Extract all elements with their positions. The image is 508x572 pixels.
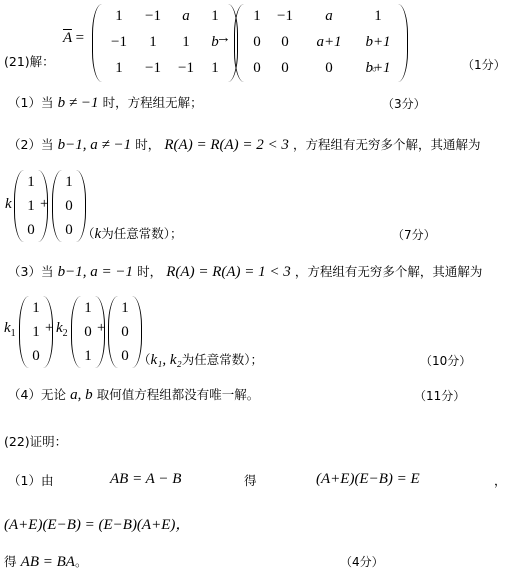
cell: 0 bbox=[29, 344, 43, 368]
cell: a bbox=[300, 4, 358, 30]
conclusion-period: 。 bbox=[75, 554, 88, 569]
case-2-condition: b−1, a ≠ −1 bbox=[58, 137, 131, 153]
step-1-comma: ， bbox=[494, 471, 507, 489]
coef-k1: k1 bbox=[4, 320, 16, 339]
cell: 1 bbox=[62, 170, 76, 194]
left-paren bbox=[108, 296, 118, 368]
commute-equation: (A+E)(E−B) = (E−B)(A+E)， bbox=[4, 513, 190, 534]
case-4-suffix: 取何值方程组都没有唯一解。 bbox=[97, 387, 260, 402]
cell: 0 bbox=[270, 30, 300, 56]
step-1-result: (A+E)(E−B) = E bbox=[316, 471, 420, 488]
plus: + bbox=[45, 320, 53, 337]
left-paren bbox=[92, 4, 102, 82]
conclusion-prefix: 得 bbox=[4, 554, 17, 569]
period: 。 bbox=[372, 56, 385, 74]
case-2-note: （k为任意常数）； bbox=[82, 224, 182, 243]
cell: 0 bbox=[300, 56, 358, 82]
cell: a+1 bbox=[300, 30, 358, 56]
note-text: 为任意常数）； bbox=[182, 352, 263, 367]
question-22-label: (22)证明： bbox=[4, 432, 67, 450]
cell: 1 bbox=[118, 296, 132, 320]
coef-k: k bbox=[5, 196, 12, 213]
note-vars: k₁, k₂ bbox=[151, 352, 182, 368]
sub: 1 bbox=[11, 328, 16, 339]
cell: 1 bbox=[170, 30, 202, 56]
cell: −1 bbox=[136, 4, 170, 30]
coef-k2: k2 bbox=[56, 320, 68, 339]
cell: −1 bbox=[136, 56, 170, 82]
case-3-mid: 时， bbox=[137, 264, 162, 279]
cell: 0 bbox=[270, 56, 300, 82]
cell: 1 bbox=[358, 4, 398, 30]
case-3-condition: b−1, a = −1 bbox=[58, 264, 133, 280]
left-paren bbox=[71, 296, 81, 368]
case-1-math: b ≠ −1 bbox=[58, 95, 99, 111]
vector-body: 1 0 1 bbox=[81, 296, 95, 368]
cell: 1 bbox=[24, 170, 38, 194]
cell: 1 bbox=[202, 4, 228, 30]
vector-body: 1 0 0 bbox=[62, 170, 76, 242]
step-1-given: AB = A − B bbox=[110, 471, 181, 488]
cell: 1 bbox=[81, 296, 95, 320]
plus: + bbox=[97, 320, 105, 337]
cell: 1 bbox=[136, 30, 170, 56]
case-4-math: a, b bbox=[70, 387, 93, 403]
case-2-mid: 时， bbox=[135, 137, 160, 152]
cell: 0 bbox=[81, 320, 95, 344]
cell: 0 bbox=[118, 320, 132, 344]
cell: 1 bbox=[29, 296, 43, 320]
augmented-matrix-symbol: A = bbox=[63, 30, 84, 47]
cell: 0 bbox=[118, 344, 132, 368]
case-2-line: （2）当 b−1, a ≠ −1 时， R(A) = R(A) = 2 < 3 … bbox=[8, 135, 481, 154]
case-1-prefix: （1）当 bbox=[8, 95, 53, 110]
cell: −1 bbox=[270, 4, 300, 30]
cell: a bbox=[170, 4, 202, 30]
note-text: 为任意常数）； bbox=[101, 226, 182, 241]
vector-3: 1 0 0 bbox=[108, 296, 142, 368]
case-4-prefix: （4）无论 bbox=[8, 387, 66, 402]
left-paren bbox=[19, 296, 29, 368]
case-3-line: （3）当 b−1, a = −1 时， R(A) = R(A) = 1 < 3 … bbox=[8, 262, 482, 281]
case-3-prefix: （3）当 bbox=[8, 264, 53, 279]
score-11: （11分） bbox=[414, 387, 465, 404]
cell: 1 bbox=[29, 320, 43, 344]
cell: −1 bbox=[170, 56, 202, 82]
score-1: （1分） bbox=[462, 56, 506, 73]
sub: 2 bbox=[63, 328, 68, 339]
score-10: （10分） bbox=[420, 352, 471, 369]
row-reduce-arrow: → bbox=[216, 30, 231, 47]
cell: 0 bbox=[24, 218, 38, 242]
case-3-rank: R(A) = R(A) = 1 < 3 bbox=[166, 264, 291, 280]
score-4: （4分） bbox=[340, 553, 384, 570]
right-paren bbox=[398, 4, 408, 82]
cell: 0 bbox=[62, 218, 76, 242]
left-paren bbox=[234, 4, 244, 82]
k: k bbox=[4, 320, 11, 336]
note-open: （ bbox=[82, 226, 95, 241]
cell: 1 bbox=[24, 194, 38, 218]
cell: 1 bbox=[81, 344, 95, 368]
case-2-rank: R(A) = R(A) = 2 < 3 bbox=[164, 137, 289, 153]
step-1-prefix: （1）由 bbox=[8, 471, 53, 489]
case-3-suffix: ，方程组有无穷多个解，其通解为 bbox=[295, 264, 483, 279]
k: k bbox=[56, 320, 63, 336]
note-open: （ bbox=[138, 352, 151, 367]
conclusion-line: 得 AB = BA。 bbox=[4, 552, 87, 571]
cell: 0 bbox=[62, 194, 76, 218]
question-21-label: (21)解： bbox=[4, 52, 55, 70]
cell: 0 bbox=[244, 56, 270, 82]
case-2-suffix: ，方程组有无穷多个解，其通解为 bbox=[293, 137, 481, 152]
vector-body: 1 0 0 bbox=[118, 296, 132, 368]
cell: 1 bbox=[202, 56, 228, 82]
plus: + bbox=[40, 196, 48, 213]
cell: 1 bbox=[102, 4, 136, 30]
vector-2: 1 0 0 bbox=[52, 170, 86, 242]
score-7: （7分） bbox=[392, 226, 436, 243]
conclusion-math: AB = BA bbox=[21, 554, 75, 570]
cell: b+1 bbox=[358, 30, 398, 56]
matrix-1-body: 1 −1 a 1 −1 1 1 b 1 −1 −1 1 bbox=[102, 4, 228, 82]
left-paren bbox=[14, 170, 24, 242]
step-1-mid: 得 bbox=[244, 471, 257, 489]
case-2-prefix: （2）当 bbox=[8, 137, 53, 152]
case-1-suffix: 时，方程组无解； bbox=[103, 95, 203, 110]
cell: 0 bbox=[244, 30, 270, 56]
vector-body: 1 1 0 bbox=[29, 296, 43, 368]
case-4-line: （4）无论 a, b 取何值方程组都没有唯一解。 bbox=[8, 385, 259, 404]
left-paren bbox=[52, 170, 62, 242]
cell: 1 bbox=[102, 56, 136, 82]
case-1-line: （1）当 b ≠ −1 时，方程组无解； bbox=[8, 93, 203, 112]
cell: 1 bbox=[244, 4, 270, 30]
score-3: （3分） bbox=[382, 95, 426, 112]
vector-body: 1 1 0 bbox=[24, 170, 38, 242]
cell: −1 bbox=[102, 30, 136, 56]
case-3-note: （k₁, k₂为任意常数）； bbox=[138, 350, 263, 369]
